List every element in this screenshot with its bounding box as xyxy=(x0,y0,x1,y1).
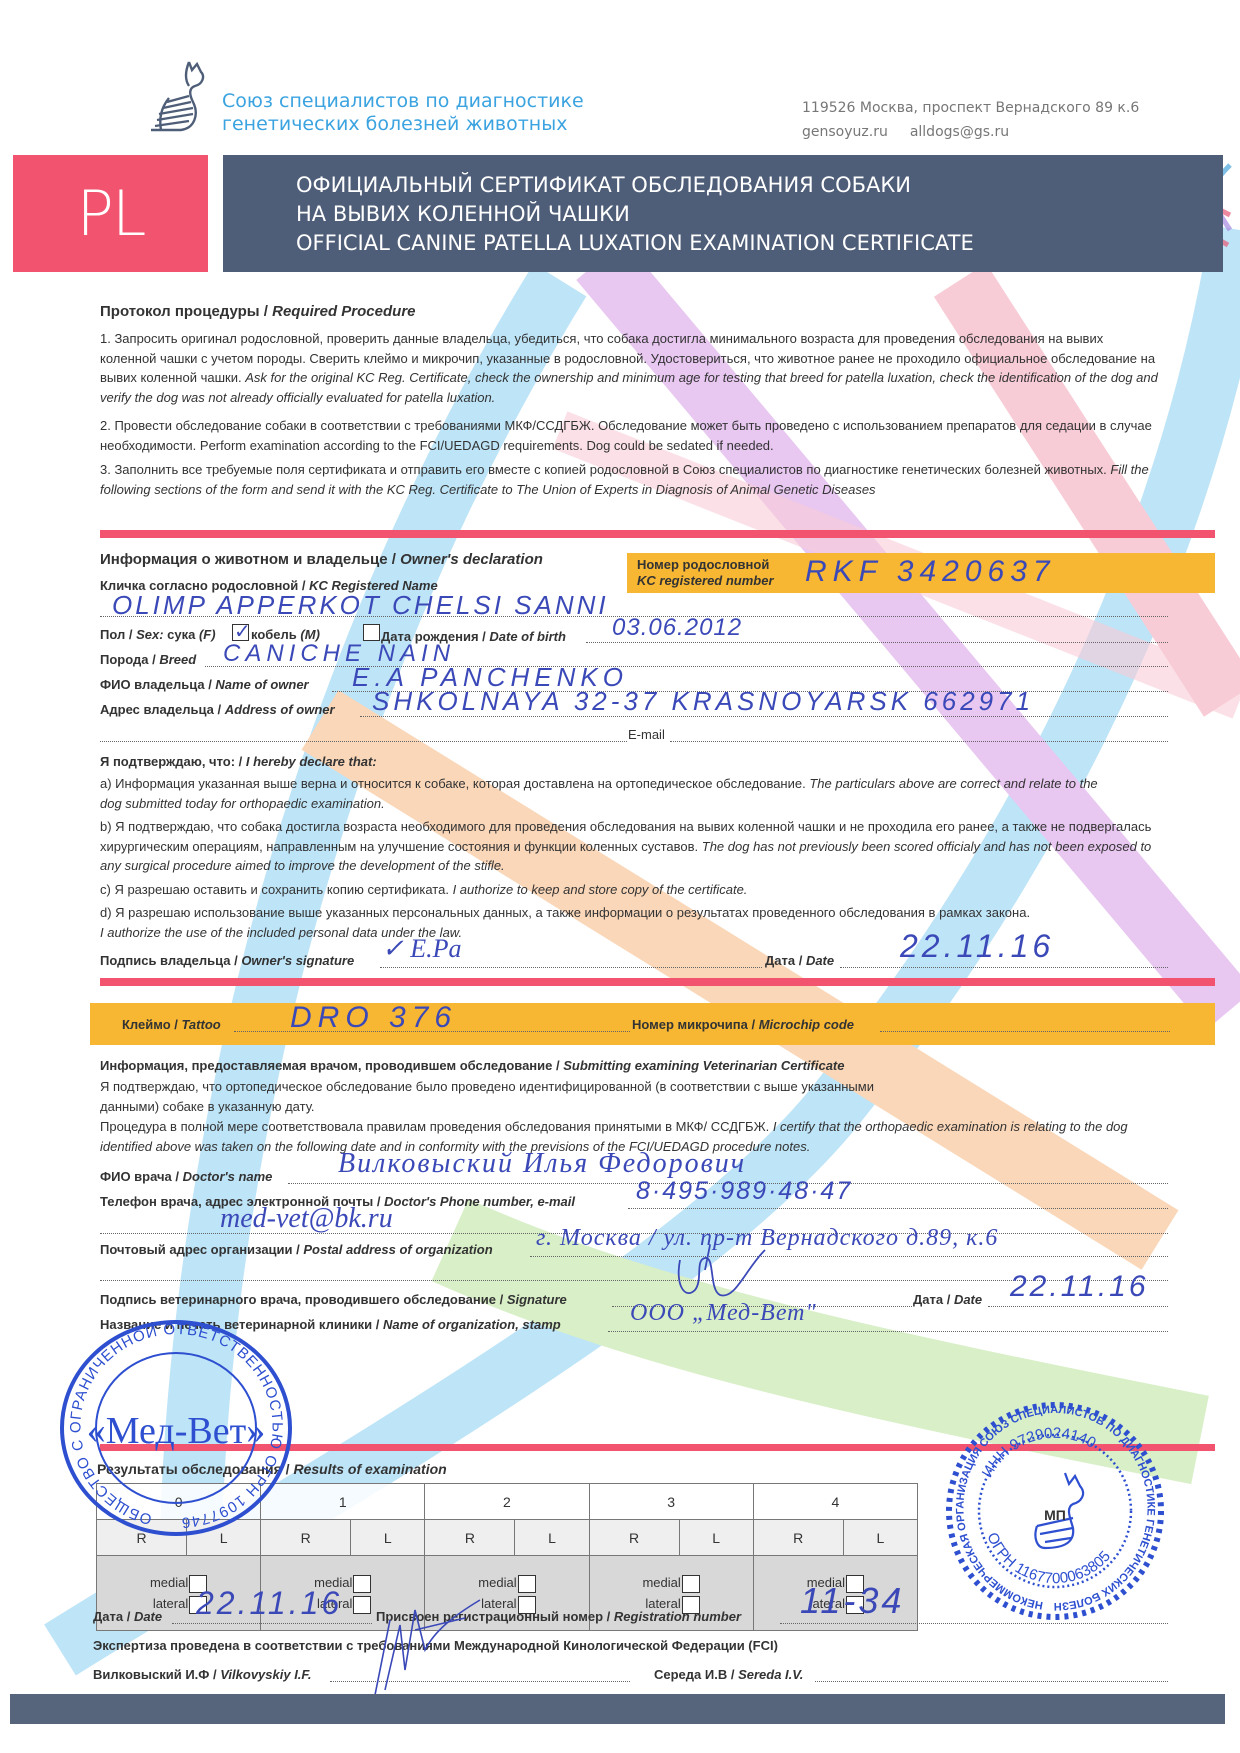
owner-heading: Информация о животном и владельце / Owne… xyxy=(100,551,543,568)
kc-number-field[interactable]: Номер родословной KC registered number R… xyxy=(627,553,1215,593)
tattoo-label: Клеймо / Tattoo xyxy=(122,1017,221,1032)
postal-address-label-en: Postal address of organization xyxy=(303,1242,492,1257)
org-email-link[interactable]: alldogs@gs.ru xyxy=(910,124,1009,140)
vet-signature-label-ru: Подпись ветеринарного врача, проводившег… xyxy=(100,1292,507,1307)
side-r-grade-2: R xyxy=(425,1520,515,1556)
female-label-en: (F) xyxy=(199,627,216,642)
step1-en: Ask for the original KC Reg. Certificate… xyxy=(100,370,1158,405)
org-name-line2: генетических болезней животных xyxy=(222,113,584,136)
owner-signature-label: Подпись владельца / Owner's signature xyxy=(100,953,354,968)
doctor-phone-value[interactable]: 8·495·989·48·47 xyxy=(636,1177,852,1206)
expert1-label-ru: Вилковыский И.Ф / xyxy=(93,1667,220,1682)
breed-label: Порода / Breed xyxy=(100,652,196,667)
postal-address-line xyxy=(530,1256,1168,1257)
org-name-line1: Союз специалистов по диагностике xyxy=(222,90,584,113)
doctor-email-value[interactable]: med-vet@bk.ru xyxy=(220,1203,393,1235)
doctor-name-label-ru: ФИО врача / xyxy=(100,1169,183,1184)
declaration-a-ru: a) Информация указанная выше верна и отн… xyxy=(100,776,809,791)
procedure-step-1: 1. Запросить оригинал родословной, прове… xyxy=(100,329,1160,407)
side-r-grade-4: R xyxy=(753,1520,843,1556)
owner-date-label-en: Date xyxy=(806,953,834,968)
footer-bar xyxy=(10,1694,1225,1724)
vet-date-label: Дата / Date xyxy=(913,1292,982,1307)
male-checkbox[interactable] xyxy=(363,624,380,641)
breed-label-ru: Порода / xyxy=(100,652,159,667)
side-l-grade-2: L xyxy=(515,1520,589,1556)
side-l-grade-3: L xyxy=(679,1520,753,1556)
title-ru-line1: ОФИЦИАЛЬНЫЙ СЕРТИФИКАТ ОБСЛЕДОВАНИЯ СОБА… xyxy=(296,171,1223,200)
procedure-step-2: 2. Провести обследование собаки в соотве… xyxy=(100,416,1160,455)
owner-address-label: Адрес владельца / Address of owner xyxy=(100,702,335,717)
organization-name: Союз специалистов по диагностике генетич… xyxy=(222,90,584,136)
microchip-field[interactable] xyxy=(880,1031,1170,1032)
expert2-label-en: Sereda I.V. xyxy=(738,1667,803,1682)
org-contacts: 119526 Москва, проспект Вернадского 89 к… xyxy=(802,96,1139,144)
section-divider xyxy=(100,978,1215,986)
union-stamp: НЕКОММЕРЧЕСКАЯ ОРГАНИЗАЦИЯ СОЮЗ СПЕЦИАЛИ… xyxy=(945,1398,1165,1624)
title-en: OFFICIAL CANINE PATELLA LUXATION EXAMINA… xyxy=(296,229,1223,258)
declaration-c-ru: c) Я разрешаю оставить и сохранить копию… xyxy=(100,882,453,897)
kc-number-label-en: KC registered number xyxy=(637,573,774,588)
registration-date-label: Дата / Date xyxy=(93,1609,162,1624)
org-address: 119526 Москва, проспект Вернадского 89 к… xyxy=(802,96,1139,120)
email-field[interactable] xyxy=(670,741,1168,742)
owner-date-value[interactable]: 22.11.16 xyxy=(900,928,1054,965)
registration-number-label-en: Registration number xyxy=(614,1609,741,1624)
sex-label-en: Sex: xyxy=(136,627,163,642)
step3-ru: 3. Заполнить все требуемые поля сертифик… xyxy=(100,462,1110,477)
svg-text:МП: МП xyxy=(1044,1507,1066,1523)
pl-badge: PL xyxy=(13,155,208,272)
registration-date-label-en: Date xyxy=(134,1609,162,1624)
breed-label-en: Breed xyxy=(159,652,196,667)
postal-address-line-2 xyxy=(100,1280,1168,1281)
title-ru-line2: НА ВЫВИХ КОЛЕННОЙ ЧАШКИ xyxy=(296,200,1223,229)
section-divider xyxy=(100,530,1215,538)
owner-date-label-ru: Дата / xyxy=(765,953,806,968)
postal-address-label-ru: Почтовый адрес организации / xyxy=(100,1242,303,1257)
cat-logo-icon xyxy=(145,58,221,134)
owner-address-label-ru: Адрес владельца / xyxy=(100,702,225,717)
dob-value[interactable]: 03.06.2012 xyxy=(612,614,742,642)
medial-label: medial xyxy=(478,1575,516,1590)
declaration-b: b) Я подтверждаю, что собака достигла во… xyxy=(100,817,1170,876)
tattoo-label-en: Tattoo xyxy=(181,1017,220,1032)
owner-signature-label-ru: Подпись владельца / xyxy=(100,953,241,968)
clinic-stamp: ОБЩЕСТВО С ОГРАНИЧЕННОЙ ОТВЕТСТВЕННОСТЬЮ… xyxy=(54,1318,298,1540)
email-label: E-mail xyxy=(628,727,665,742)
org-stamp-line xyxy=(608,1331,1168,1332)
medial-checkbox-grade-2[interactable] xyxy=(518,1575,536,1593)
medial-label: medial xyxy=(150,1575,188,1590)
org-website-link[interactable]: gensoyuz.ru xyxy=(802,124,888,140)
doctor-name-value[interactable]: Вилковыский Илья Федорович xyxy=(338,1148,746,1180)
procedure-heading-en: Required Procedure xyxy=(272,303,415,320)
vet-heading: Информация, предоставляемая врачом, пров… xyxy=(100,1058,844,1073)
medial-label: medial xyxy=(642,1575,680,1590)
vet-confirmation: Я подтверждаю, что ортопедическое обслед… xyxy=(100,1077,900,1116)
female-checkbox[interactable]: ✓ xyxy=(232,624,249,641)
registration-number-value[interactable]: 11-34 xyxy=(800,1580,904,1622)
expert1-signature xyxy=(355,1590,485,1700)
grade-header-2: 2 xyxy=(425,1484,589,1520)
declaration-heading-ru: Я подтверждаю, что: / xyxy=(100,754,246,769)
tattoo-line xyxy=(234,1031,630,1032)
procedure-heading-ru: Протокол процедуры / xyxy=(100,303,272,320)
registration-date-line xyxy=(172,1623,372,1624)
grade-header-3: 3 xyxy=(589,1484,753,1520)
doctor-name-label: ФИО врача / Doctor's name xyxy=(100,1169,272,1184)
declaration-c-en: I authorize to keep and store copy of th… xyxy=(453,882,748,897)
owner-heading-ru: Информация о животном и владельце / xyxy=(100,551,400,568)
declaration-c: c) Я разрешаю оставить и сохранить копию… xyxy=(100,880,1170,900)
results-heading-en: Results of examination xyxy=(293,1461,446,1477)
postal-address-label: Почтовый адрес организации / Postal addr… xyxy=(100,1242,493,1257)
vet-date-label-ru: Дата / xyxy=(913,1292,954,1307)
doctor-name-label-en: Doctor's name xyxy=(183,1169,273,1184)
kc-number-label-ru: Номер родословной xyxy=(637,557,769,572)
doctor-phone-label-en: Doctor's Phone number, e-mail xyxy=(384,1194,575,1209)
declaration-heading: Я подтверждаю, что: / I hereby declare t… xyxy=(100,754,377,769)
side-l-grade-1: L xyxy=(351,1520,425,1556)
sex-label: Пол / Sex: сука (F) xyxy=(100,627,216,642)
side-l-grade-4: L xyxy=(843,1520,917,1556)
step2-en: Perform examination according to the FCI… xyxy=(200,438,774,453)
registration-date-value[interactable]: 22.11.16 xyxy=(196,1585,342,1622)
expert2-signature-line[interactable] xyxy=(815,1681,1168,1682)
tattoo-label-ru: Клеймо / xyxy=(122,1017,181,1032)
svg-text:ОГРН 1167700063805: ОГРН 1167700063805 xyxy=(983,1530,1114,1587)
org-stamp-label-en: Name of organization, stamp xyxy=(383,1317,561,1332)
vet-date-value[interactable]: 22.11.16 xyxy=(1010,1270,1149,1304)
owner-address-value[interactable]: SHKOLNAYA 32-37 KRASNOYARSK 662971 xyxy=(372,686,1034,717)
owner-name-label: ФИО владельца / Name of owner xyxy=(100,677,309,692)
doctor-phone-line xyxy=(628,1208,1168,1209)
declaration-a: a) Информация указанная выше верна и отн… xyxy=(100,774,1110,813)
procedure-heading: Протокол процедуры / Required Procedure xyxy=(100,303,416,320)
vet-procedure-ru: Процедура в полной мере соответствовала … xyxy=(100,1119,773,1134)
owner-date-label: Дата / Date xyxy=(765,953,834,968)
microchip-label-en: Microchip code xyxy=(759,1017,854,1032)
vet-date-line xyxy=(988,1306,1168,1307)
vet-date-label-en: Date xyxy=(954,1292,982,1307)
owner-name-label-en: Name of owner xyxy=(215,677,308,692)
grade-header-4: 4 xyxy=(753,1484,917,1520)
owner-date-line xyxy=(840,967,1168,968)
expert2-label: Середа И.В / Sereda I.V. xyxy=(654,1667,803,1682)
medial-checkbox-grade-3[interactable] xyxy=(682,1575,700,1593)
side-r-grade-3: R xyxy=(589,1520,679,1556)
owner-signature-value[interactable]: ✓ E.Pa xyxy=(382,934,462,964)
declaration-d-ru: d) Я разрешаю использование выше указанн… xyxy=(100,905,1030,920)
expert1-label-en: Vilkovyskiy I.F. xyxy=(220,1667,311,1682)
dob-label-en: Date of birth xyxy=(489,629,566,644)
microchip-label: Номер микрочипа / Microchip code xyxy=(632,1017,854,1032)
identification-band: Клеймо / Tattoo DRO 376 Номер микрочипа … xyxy=(90,1003,1215,1045)
email-line-left xyxy=(100,741,627,742)
svg-text:«Мед-Вет»: «Мед-Вет» xyxy=(87,1410,265,1452)
expert1-label: Вилковыский И.Ф / Vilkovyskiy I.F. xyxy=(93,1667,312,1682)
sex-label-ru: Пол / xyxy=(100,627,136,642)
owner-heading-en: Owner's declaration xyxy=(400,551,543,568)
kc-number-value: RKF 3420637 xyxy=(805,555,1056,589)
vet-heading-en: Submitting examining Veterinarian Certif… xyxy=(563,1058,844,1073)
org-stamp-value[interactable]: ООО „Мед-Вет" xyxy=(630,1300,817,1327)
owner-name-label-ru: ФИО владельца / xyxy=(100,677,215,692)
vet-signature-label: Подпись ветеринарного врача, проводившег… xyxy=(100,1292,567,1307)
owner-signature-label-en: Owner's signature xyxy=(241,953,354,968)
breed-line xyxy=(205,666,1168,667)
tattoo-value[interactable]: DRO 376 xyxy=(290,1001,457,1035)
procedure-step-3: 3. Заполнить все требуемые поля сертифик… xyxy=(100,460,1160,499)
microchip-label-ru: Номер микрочипа / xyxy=(632,1017,759,1032)
dob-line xyxy=(586,642,1168,643)
declaration-heading-en: I hereby declare that: xyxy=(246,754,377,769)
female-label: сука xyxy=(164,627,199,642)
owner-address-line xyxy=(360,716,1168,717)
owner-signature-line xyxy=(380,967,762,968)
vet-signature-label-en: Signature xyxy=(507,1292,567,1307)
registration-date-label-ru: Дата / xyxy=(93,1609,134,1624)
expert2-label-ru: Середа И.В / xyxy=(654,1667,738,1682)
owner-address-label-en: Address of owner xyxy=(225,702,335,717)
certificate-title: ОФИЦИАЛЬНЫЙ СЕРТИФИКАТ ОБСЛЕДОВАНИЯ СОБА… xyxy=(223,155,1223,272)
vet-heading-ru: Информация, предоставляемая врачом, пров… xyxy=(100,1058,563,1073)
